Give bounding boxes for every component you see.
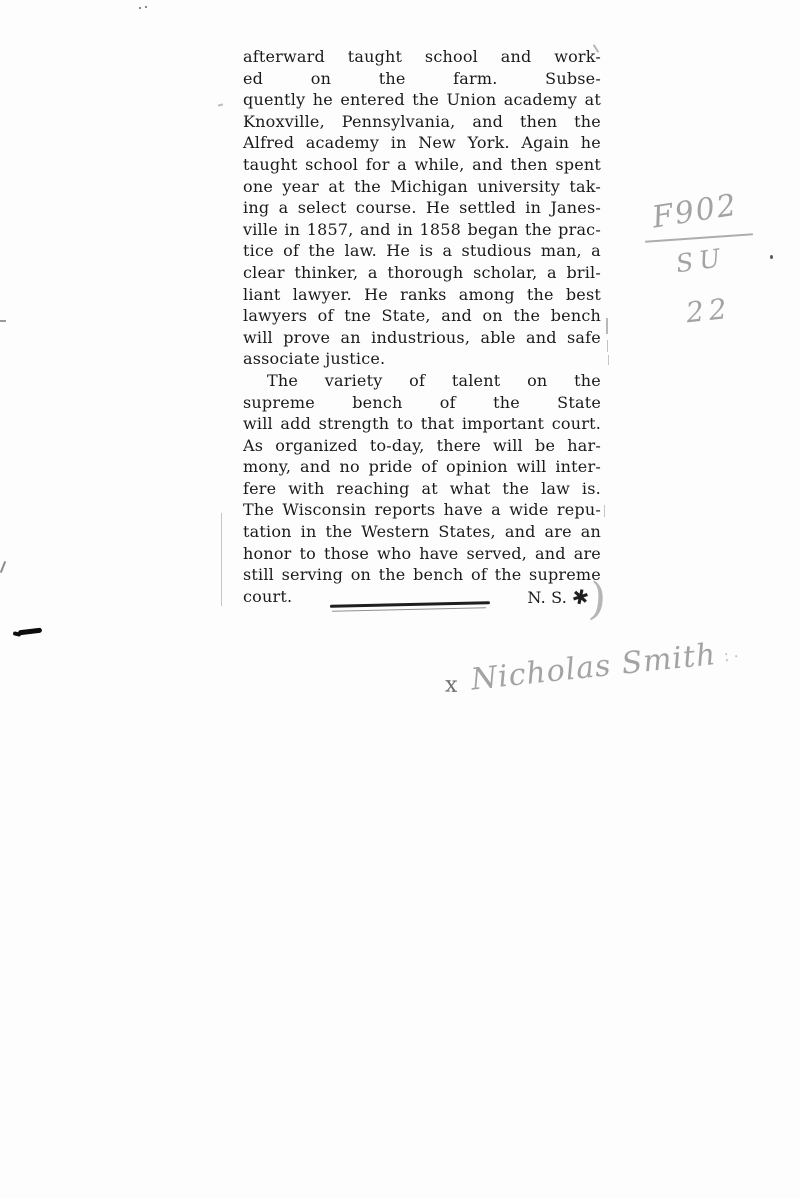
clipping-line: clearthinker,athoroughscholar,abril- [243, 262, 601, 284]
word: taught [348, 46, 402, 68]
word: then [510, 154, 547, 176]
word: bench [413, 564, 463, 586]
word: is [419, 240, 433, 262]
word: began [468, 219, 519, 241]
word: the [574, 111, 601, 133]
handwritten-signature: xNicholas Smith∶ · [443, 635, 740, 701]
word: a [591, 240, 601, 262]
word: who [377, 543, 411, 565]
word: will [243, 327, 273, 349]
word: of [409, 370, 425, 392]
clipping-paragraph-2: Thevarietyoftalentonthesupremebenchofthe… [243, 370, 601, 586]
word: in [391, 132, 407, 154]
clipping-line: lawyersoftneState,andonthebench [243, 305, 601, 327]
clipping-line: associate justice. [243, 348, 601, 370]
word: and [505, 521, 536, 543]
word: the [379, 564, 406, 586]
word: while, [415, 154, 465, 176]
word: in [284, 219, 300, 241]
word: court. [552, 413, 601, 435]
word: to [397, 413, 413, 435]
word: Janes- [550, 197, 601, 219]
signoff-initials-group: N. S. ✱ [527, 586, 589, 608]
column-rule [604, 505, 605, 517]
ink-blot [18, 628, 42, 636]
clipping-line: willaddstrengthtothatimportantcourt. [243, 413, 601, 435]
newspaper-clipping: afterwardtaughtschoolandwork-edonthefarm… [243, 46, 601, 607]
word: are [574, 543, 601, 565]
word: is. [582, 478, 601, 500]
signature-name: Nicholas Smith [469, 637, 718, 698]
word: and [526, 327, 557, 349]
word: lawyer. [293, 284, 352, 306]
clipping-line: villein1857,andin1858begantheprac- [243, 219, 601, 241]
word: the [502, 478, 529, 500]
clipping-line: quentlyheenteredtheUnionacademyat [243, 89, 601, 111]
word: what [450, 478, 491, 500]
word: industrious, [371, 327, 470, 349]
word: will [493, 435, 523, 457]
word: the [325, 521, 352, 543]
word: of [471, 564, 487, 586]
word: reaching [336, 478, 409, 500]
word: of [283, 240, 299, 262]
word: lawyers [243, 305, 307, 327]
word: The [267, 370, 298, 392]
word: bench [551, 305, 601, 327]
word: ranks [400, 284, 446, 306]
word: at [421, 478, 437, 500]
word: liant [243, 284, 281, 306]
scan-speck [145, 6, 147, 8]
scan-speck [770, 255, 773, 259]
word: the [354, 176, 381, 198]
signature-trailing-dots: ∶ · [724, 647, 740, 667]
word: and [472, 154, 503, 176]
word: the [493, 392, 520, 414]
word: an [341, 327, 361, 349]
word: tice [243, 240, 274, 262]
word: quently [243, 89, 305, 111]
word: fere [243, 478, 276, 500]
word: Michigan [390, 176, 468, 198]
word: Wisconsin [282, 499, 366, 521]
scan-speck [0, 561, 6, 573]
clipping-line: Knoxville,Pennsylvania,andthenthe [243, 111, 601, 133]
word: tak- [569, 176, 601, 198]
word: repu- [557, 499, 601, 521]
clipping-line: edonthefarm.Subse- [243, 68, 601, 90]
word: law. [345, 240, 377, 262]
word: select [298, 197, 347, 219]
word: year [282, 176, 319, 198]
word: honor [243, 543, 292, 565]
column-rule [221, 513, 222, 606]
column-rule [608, 355, 609, 365]
scan-speck [218, 103, 223, 106]
word: still [243, 564, 274, 586]
word: farm. [453, 68, 497, 90]
word: Again [521, 132, 569, 154]
word: He [386, 240, 410, 262]
word: serving [282, 564, 343, 586]
word: He [426, 197, 450, 219]
clipping-line: supremebenchoftheState [243, 392, 601, 414]
word: pride [369, 456, 413, 478]
word: ing [243, 197, 269, 219]
word: 1857, [307, 219, 354, 241]
word: work- [554, 46, 601, 68]
word: mony, [243, 456, 291, 478]
word: university [477, 176, 560, 198]
word: strength [319, 413, 390, 435]
word: an [581, 521, 601, 543]
word: he [581, 132, 601, 154]
clipping-line: mony,andnoprideofopinionwillinter- [243, 456, 601, 478]
word: and [501, 46, 532, 68]
clipping-line: stillservingonthebenchofthesupreme [243, 564, 601, 586]
word: a [547, 262, 557, 284]
word: York. [468, 132, 510, 154]
clipping-paragraph-1: afterwardtaughtschoolandwork-edonthefarm… [243, 46, 601, 370]
word: at [328, 176, 344, 198]
signature-x-mark-icon: x [445, 673, 458, 698]
word: the [379, 68, 406, 90]
word: then [520, 111, 557, 133]
word: of [440, 392, 456, 414]
word: States, [438, 521, 496, 543]
word: on [482, 305, 502, 327]
word: afterward [243, 46, 325, 68]
word: reports [375, 499, 436, 521]
word: course. [356, 197, 417, 219]
column-rule [607, 340, 608, 352]
word: be [535, 435, 555, 457]
word: variety [325, 370, 383, 392]
word: Western [361, 521, 429, 543]
word: har- [567, 435, 601, 457]
scanned-page: afterwardtaughtschoolandwork-edonthefarm… [0, 0, 800, 1198]
word: the [513, 305, 540, 327]
word: a [368, 262, 378, 284]
word: in [525, 197, 541, 219]
word: inter- [555, 456, 601, 478]
clipping-line: honortothosewhohaveserved,andare [243, 543, 601, 565]
word: with [288, 478, 324, 500]
word: bril- [566, 262, 601, 284]
word: opinion [446, 456, 508, 478]
word: important [462, 413, 544, 435]
scan-speck [139, 7, 141, 9]
word: no [339, 456, 359, 478]
word: served, [466, 543, 527, 565]
word: best [566, 284, 601, 306]
word: man, [541, 240, 582, 262]
clipping-line: ingaselectcourse.HesettledinJanes- [243, 197, 601, 219]
word: bench [352, 392, 402, 414]
word: State [557, 392, 601, 414]
clipping-line: ticeofthelaw.Heisastudiousman,a [243, 240, 601, 262]
word: those [324, 543, 369, 565]
word: a [397, 154, 407, 176]
word: scholar, [473, 262, 537, 284]
word: will [243, 413, 273, 435]
word: law [541, 478, 570, 500]
word: Union [447, 89, 497, 111]
call-number-underline [645, 233, 753, 243]
word: academy [306, 132, 379, 154]
clipping-line: AlfredacademyinNewYork.Againhe [243, 132, 601, 154]
word: studious [462, 240, 532, 262]
word: prove [283, 327, 330, 349]
word: safe [567, 327, 601, 349]
word: to-day, [370, 435, 425, 457]
word: Pennsylvania, [342, 111, 456, 133]
word: Knoxville, [243, 111, 325, 133]
word: As [243, 435, 263, 457]
word: among [459, 284, 515, 306]
word: to [300, 543, 316, 565]
word: a [279, 197, 289, 219]
handwritten-collection-code: SU [674, 243, 728, 279]
word: New [418, 132, 456, 154]
word: one [243, 176, 273, 198]
word: the [412, 89, 439, 111]
word: he [313, 89, 333, 111]
word: school [305, 154, 358, 176]
word: 1858 [420, 219, 462, 241]
word: for [366, 154, 390, 176]
clipping-line: afterwardtaughtschoolandwork- [243, 46, 601, 68]
word: and [441, 305, 472, 327]
word: Alfred [243, 132, 294, 154]
word: will [517, 456, 547, 478]
word: supreme [243, 392, 315, 414]
signoff-left-text: court. [243, 586, 292, 608]
word: on [527, 370, 547, 392]
word: in [397, 219, 413, 241]
word: school [425, 46, 478, 68]
clipping-line: TheWisconsinreportshaveawiderepu- [243, 499, 601, 521]
word: ville [243, 219, 278, 241]
word: there [437, 435, 481, 457]
word: the [527, 284, 554, 306]
clipping-line: oneyearattheMichiganuniversitytak- [243, 176, 601, 198]
ink-blot [13, 631, 22, 637]
word: the [495, 564, 522, 586]
handwritten-paren-mark: ) [587, 573, 609, 625]
word: of [318, 305, 334, 327]
word: at [585, 89, 601, 111]
word: State, [382, 305, 431, 327]
word: able [480, 327, 515, 349]
word: and [360, 219, 391, 241]
word: have [444, 499, 483, 521]
word: tne [344, 305, 371, 327]
author-initials: N. S. [527, 587, 567, 609]
scan-speck [0, 320, 6, 322]
word: tation [243, 521, 292, 543]
word: and [472, 111, 503, 133]
word: settled [459, 197, 516, 219]
word: have [419, 543, 458, 565]
closing-rule-thin-line [332, 607, 486, 611]
clipping-line: taughtschoolforawhile,andthenspent [243, 154, 601, 176]
word: wide [509, 499, 548, 521]
clipping-line: willproveanindustrious,ableandsafe [243, 327, 601, 349]
clipping-line: Thevarietyoftalentonthe [243, 370, 601, 392]
word: the [574, 370, 601, 392]
word: the [525, 219, 552, 241]
word: a [442, 240, 452, 262]
word: spent [555, 154, 601, 176]
word: on [311, 68, 331, 90]
clipping-line: Asorganizedto-day,therewillbehar- [243, 435, 601, 457]
word: taught [243, 154, 297, 176]
word: are [545, 521, 572, 543]
clipping-line: liantlawyer.Heranksamongthebest [243, 284, 601, 306]
word: academy [504, 89, 577, 111]
word: prac- [558, 219, 601, 241]
word: thinker, [294, 262, 358, 284]
word: organized [275, 435, 357, 457]
clipping-line: tationintheWesternStates,andarean [243, 521, 601, 543]
word: thorough [387, 262, 463, 284]
word: in [301, 521, 317, 543]
word: and [535, 543, 566, 565]
word: a [491, 499, 501, 521]
word: The [243, 499, 274, 521]
handwritten-item-number: 22 [684, 292, 733, 330]
handwritten-call-number: F902 [650, 187, 740, 235]
word: ed [243, 68, 263, 90]
word: and [300, 456, 331, 478]
word: on [351, 564, 371, 586]
word: of [421, 456, 437, 478]
word: He [364, 284, 388, 306]
clipping-line: ferewithreachingatwhatthelawis. [243, 478, 601, 500]
word: talent [452, 370, 501, 392]
word: entered [340, 89, 404, 111]
word: the [308, 240, 335, 262]
word: clear [243, 262, 285, 284]
word: Subse- [545, 68, 601, 90]
word: that [421, 413, 455, 435]
column-rule [606, 318, 608, 334]
word: add [280, 413, 311, 435]
